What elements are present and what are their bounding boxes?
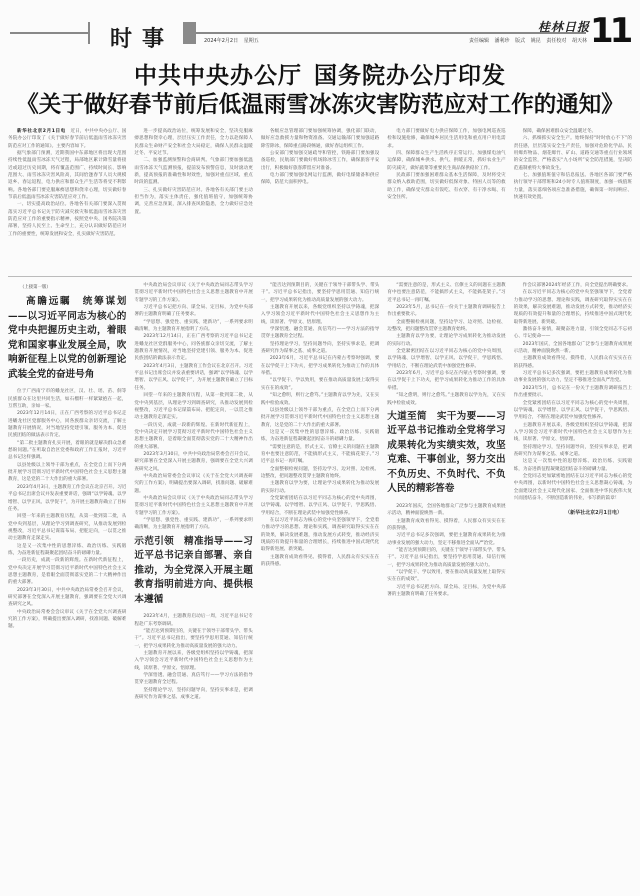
paragraph: “知之愈明，则行之愈笃。”主题教育以学为先，又在实践中检验成效。: [387, 392, 505, 407]
section-title: 时事: [110, 22, 174, 53]
paragraph: 2023年12月14日，正在广西考察的习近平总书记走进蟠龙社区党群服务中心，同各…: [8, 410, 126, 439]
paragraph: 习近平总书记把方向、谋全局、定目标，为党中央部署的主题教育明确了任务要求。: [387, 584, 505, 599]
paragraph: 以县处级以上领导干部为重点，在全党自上而下分两批开展学习贯彻习近平新时代中国特色…: [8, 462, 126, 484]
paragraph: 2023年3月30日，中共中央政治局常委会召开会议，研究部署在全党深入开展主题教…: [8, 587, 126, 609]
paragraph: 学深悟透、融会贯通、真信笃行——学习方法的指导贯穿主题教育全过程。: [261, 326, 379, 341]
article-column: 进一步提高政治站位，统筹发展和安全，坚决克服麻痹思想和侥幸心理，层层压实工作责任…: [134, 128, 252, 274]
paragraph: 电力部门要加强电网运行监测，做好电煤储备和供应保障，防范大面积停电。: [261, 172, 379, 187]
paragraph: “知之愈明，则行之愈笃。”主题教育以学为先，又在实践中检验成效。: [261, 392, 379, 407]
paragraph: 一段历史，成就一段新的辉煌。在新时代新征程上，党中央决定开展学习贯彻习近平新时代…: [134, 422, 252, 451]
paragraph: 以县处级以上领导干部为重点，在全党自上而下分两批开展学习贯彻习近平新时代中国特色…: [261, 407, 379, 429]
paragraph: 主题教育成效看得见、摸得着，人民群众有实实在在的获得感。: [387, 518, 505, 533]
paragraph: 中央政治局会议审议《关于中央政治局同志带头学习贯彻习近平新时代中国特色社会主义思…: [134, 495, 252, 517]
paragraph: 主题教育开展以来，各级党组织坚持以学铸魂，把深入学习领会习近平新时代中国特色社会…: [514, 422, 632, 444]
article-signoff: （新华社北京2月1日电）: [514, 510, 632, 517]
headline-line-1: 中共中央办公厅国务院办公厅印发: [0, 62, 640, 90]
paragraph: 2023年3月30日，中共中央政治局常委会召开会议，研究部署在全党深入开展主题教…: [134, 451, 252, 473]
paragraph: 主题教育开展以来，各级党组织坚持以学铸魂，把深入学习领会习近平新时代中国特色社会…: [134, 650, 252, 672]
paragraph: 学深悟透、融会贯通、真信笃行——学习方法的指导贯穿主题教育全过程。: [134, 672, 252, 687]
section-divider: [8, 276, 632, 277]
paragraph: 这是又一次集中性的思想淬炼、政治历练、实践锻炼，为奋进新征程凝聚起团结奋斗的磅礴…: [514, 458, 632, 473]
credit-name: 姚昆: [531, 38, 541, 44]
paragraph: 激扬奋斗豪情，凝聚奋进力量，引领全党同志不忘初心、牢记使命——: [514, 326, 632, 341]
article-column: 各级应急管理部门要加强统筹协调，强化部门联动，做好应急救援力量和物资准备。交通运…: [261, 128, 379, 274]
paragraph: 据气象部门预测，近期我国中东部地区将出现大范围持续性低温雨雪冰冻天气过程，局部地…: [8, 150, 126, 201]
paragraph: 回望一年来的主题教育历程，从第一批到第二批，从党中央到基层，从理论学习到调查研究…: [8, 513, 126, 542]
dateline: 新华社北京2月1日电: [17, 129, 66, 134]
paragraph: 各级应急管理部门要加强统筹协调，强化部门联动，做好应急救援力量和物资准备。交通运…: [261, 128, 379, 150]
paragraph: 习近平总书记把方向、谋全局、定目标，为党中央部署的主题教育明确了任务要求。: [134, 304, 252, 319]
paragraph: “以学促干、学以致用，要在推动高质量发展上取得实实在在的成效”。: [387, 569, 505, 584]
headline-issuer-2: 国务院办公厅印发: [314, 63, 506, 89]
paragraph: 全面整顿检视问题，坚持边学习、边对照、边检视、边整改，把问题整改贯穿主题教育始终…: [387, 319, 505, 334]
credit-name: 胡天林: [572, 38, 587, 44]
paragraph: 全面整顿检视问题，坚持边学习、边对照、边检视、边整改，把问题整改贯穿主题教育始终…: [261, 466, 379, 481]
paragraph: “能否达到预期目的，关键在于领导干部带头学、带头干”。习近平总书记指出，要坚持学…: [261, 282, 379, 304]
article-column: 新华社北京2月1日电 近日，中共中央办公厅、国务院办公厅印发了《关于做好春节前后…: [8, 128, 126, 274]
paragraph: 2023年12月14日，正在广西考察的习近平总书记走进蟠龙社区党群服务中心，同各…: [134, 333, 252, 362]
paragraph: 全党紧密团结在以习近平同志为核心的党中央周围，以学铸魂、以学增智、以学正风、以学…: [261, 495, 379, 517]
credit-name: 潘利珍: [495, 38, 510, 44]
masthead-gray-block: [183, 22, 196, 44]
continued-note: （上接第一版）: [20, 284, 126, 291]
paragraph: 2023年4月3日，主题教育工作会议在北京召开。习近平总书记出席会议并发表重要讲…: [8, 484, 126, 513]
article-column: “需要注意的是，形式主义、官僚主义的问题在主题教育中也要注意防范，不能搞形式主义…: [387, 282, 505, 890]
paragraph: 一、切实提高政治站位。各地各有关部门要深入贯彻落实习近平总书记关于防灾减灾救灾和…: [8, 201, 126, 238]
paragraph: 主题教育以学为要，让理论学习成果转化为推动发展的实际行动。: [387, 333, 505, 348]
sub-headline: 大道至简 实干为要——习近平总书记推动全党将学习成果转化为实绩实效，攻坚克难、干…: [387, 410, 505, 497]
sub-headline: 示范引领 精准指导——习近平总书记亲自部署、亲自推动，为全党深入开展主题教育指明…: [134, 535, 252, 608]
paragraph: 2023年5月，总书记在一份关于主题教育调研报告上作出重要批示。: [387, 304, 505, 319]
paragraph: “以学促干、学以致用，要在推动高质量发展上取得实实在在的成效”。: [261, 377, 379, 392]
paragraph: 习近平总书记多次强调，要把主题教育成果转化为推动事业发展的强大动力，坚定不移推进…: [514, 370, 632, 385]
paragraph: 作会议部署2024年经济工作，向全党提出明确要求。: [514, 282, 632, 289]
paragraph: 一段历史，成就一段新的辉煌。在新时代新征程上，党中央决定开展学习贯彻习近平新时代…: [8, 557, 126, 586]
paragraph: 在以习近平同志为核心的党中央坚强领导下，全党着力推动学习的思想、理论和实践，调查…: [514, 289, 632, 326]
paragraph: 中央政治局常委会会议审议《关于在全党大兴调查研究的工作方案》，明确提出要深入调研…: [8, 609, 126, 631]
paragraph: 保障，确保困难群众安全温暖过冬。: [514, 128, 632, 135]
page-number: 11: [590, 14, 629, 48]
issue-date: 2024年2月2日 星期五: [204, 37, 263, 44]
masthead-rule: [196, 32, 586, 34]
paragraph: 全党紧密团结在以习近平同志为核心的党中央周围，以学铸魂、以学增智、以学正风、以学…: [387, 348, 505, 370]
paragraph: 2023年4月，主题教育启动后一周，习近平总书记专程赴广东考察调研。: [134, 613, 252, 628]
paragraph: 主题教育以学为要，让理论学习成果转化为推动发展的实际行动。: [261, 480, 379, 495]
article-column: 保障，确保困难群众安全温暖过冬。 六、抓细抓实安全生产。始终保持“时时放心不下”…: [514, 128, 632, 274]
paragraph: 2023年6月，习近平总书记在内蒙古考察时强调，要在以学促干上下功夫，把学习成果…: [387, 370, 505, 392]
credit-label: 责任编辑: [469, 38, 489, 44]
top-article: 新华社北京2月1日电 近日，中共中央办公厅、国务院办公厅印发了《关于做好春节前后…: [8, 128, 632, 274]
date-text: 2024年2月2日: [204, 38, 238, 44]
paragraph: “第二批主题教育扎实开展，着眼的就是解决群众急难愁盼问题。”在听取自治区党委和政…: [8, 440, 126, 462]
paragraph: 这是又一次集中性的思想淬炼、政治历练、实践锻炼，为奋进新征程凝聚起团结奋斗的磅礴…: [8, 543, 126, 558]
paragraph: 全党同志更加紧密地团结在以习近平同志为核心的党中央周围，以新时代中国特色社会主义…: [514, 473, 632, 502]
article-column: 中央政治局会议审议《关于中央政治局同志带头学习贯彻习近平新时代中国特色社会主义思…: [134, 282, 252, 890]
paragraph: 主题教育成效看得见、摸得着，人民群众有实实在在的获得感。: [514, 355, 632, 370]
paragraph: “能否达到预期目的，关键在于领导干部带头学、带头干”。习近平总书记指出，要坚持学…: [134, 628, 252, 650]
bottom-article: （上接第一版） 高瞻远瞩 统筹谋划——以习近平同志为核心的党中央把握历史主动，着…: [8, 282, 632, 890]
article-column: 电力部门要做好电力供应保障工作，加强电网巡查巡检和设施抢修，确保城乡居民生活用电…: [387, 128, 505, 274]
paragraph: 2023年4月3日，主题教育工作会议在北京召开。习近平总书记出席会议并发表重要讲…: [134, 363, 252, 392]
page-masthead: 时事 2024年2月2日 星期五 桂林日报 责任编辑 潘利珍 版式 姚昆 责任校…: [0, 0, 640, 56]
paragraph: 在以习近平同志为核心的党中央坚强领导下，全党着力推动学习的思想、理论和实践，调查…: [261, 517, 379, 554]
sub-headline: 高瞻远瞩 统筹谋划——以习近平同志为核心的党中央把握历史主动，着眼党和国家事业发…: [8, 295, 126, 382]
paragraph: “学思想、强党性、重实践、建新功”，一系列要求明确清晰，为主题教育开展指明了方向…: [134, 517, 252, 532]
paragraph: 民政部门要加强困难群众基本生活保障，及时将受灾群众纳入救助范围，切实做好低保对象…: [387, 172, 505, 201]
paragraph: “需要注意的是，形式主义、官僚主义的问题在主题教育中也要注意防范，不能搞形式主义…: [261, 444, 379, 466]
paragraph: 2023年国庆，全国各地群众广泛参与主题教育成果展示活动，精神面貌焕然一新。: [514, 341, 632, 356]
main-headline: 中共中央办公厅国务院办公厅印发 《关于做好春节前后低温雨雪冰冻灾害防范应对工作的…: [0, 62, 640, 120]
masthead-rule-left: [10, 32, 88, 34]
paragraph: 2023年国庆，全国各地群众广泛参与主题教育成果展示活动，精神面貌焕然一新。: [387, 503, 505, 518]
article-column: “能否达到预期目的，关键在于领导干部带头学、带头干”。习近平总书记指出，要坚持学…: [261, 282, 379, 890]
paragraph: 2023年6月，习近平总书记在内蒙古考察时强调，要在以学促干上下功夫，把学习成果…: [261, 355, 379, 377]
paragraph: 主题教育成效看得见、摸得着，人民群众有实实在在的获得感。: [261, 554, 379, 569]
paragraph: 回望一年来的主题教育历程，从第一批到第二批，从党中央到基层，从理论学习到调查研究…: [134, 392, 252, 421]
paragraph: 三、扎实做好灾害防范应对。各地各有关部门要主动担当作为，落实主体责任，强化值班值…: [134, 187, 252, 216]
paragraph: 位于广西南宁市的蟠龙社区，汉、壮、瑶、苗、侗等民族群众在这里共同生活，如石榴籽一…: [8, 388, 126, 410]
paragraph: 中央政治局常委会会议审议《关于在全党大兴调查研究的工作方案》，明确提出要深入调研…: [134, 473, 252, 495]
headline-line-2: 《关于做好春节前后低温雨雪冰冻灾害防范应对工作的通知》: [0, 90, 640, 120]
paragraph: 这是又一次集中性的思想淬炼、政治历练、实践锻炼，为奋进新征程凝聚起团结奋斗的磅礴…: [261, 429, 379, 444]
paragraph: 坚持理论学习，坚持问题导向，坚持实事求是，把调查研究作为谋事之基、成事之道。: [134, 687, 252, 702]
paragraph: 习近平总书记多次强调，要把主题教育成果转化为推动事业发展的强大动力，坚定不移推进…: [387, 532, 505, 547]
paragraph: “学思想、强党性、重实践、建新功”，一系列要求明确清晰，为主题教育开展指明了方向…: [134, 319, 252, 334]
credit-label: 版式: [515, 38, 525, 44]
masthead-tick: [88, 22, 90, 44]
paragraph: 进一步提高政治站位，统筹发展和安全，坚决克服麻痹思想和侥幸心理，层层压实工作责任…: [134, 128, 252, 157]
article-column: 作会议部署2024年经济工作，向全党提出明确要求。 在以习近平同志为核心的党中央…: [514, 282, 632, 890]
paragraph: 2023年5月，总书记在一份关于主题教育调研报告上作出重要批示。: [514, 385, 632, 400]
weekday-text: 星期五: [244, 38, 259, 44]
paragraph: 七、加强值班值守和信息报送。各地区各部门要严格执行领导干部带班和24小时专人值班…: [514, 172, 632, 201]
editor-credits: 责任编辑 潘利珍 版式 姚昆 责任校对 胡天林: [465, 37, 587, 44]
paragraph: 二、加强监测预警和会商研判。气象部门要加强低温雨雪冰冻天气监测预报，提前发布预警…: [134, 157, 252, 186]
paragraph: 坚持理论学习，坚持问题导向，坚持实事求是，把调查研究作为谋事之基、成事之道。: [261, 341, 379, 356]
paragraph: “能否达到预期目的，关键在于领导干部带头学、带头干”。习近平总书记指出，要坚持学…: [387, 547, 505, 569]
paragraph: 四、保障群众生产生活秩序正常运行。加强煤电油气运保障，确保城乡供水、供气、供暖正…: [387, 150, 505, 172]
headline-issuer-1: 中共中央办公厅: [134, 63, 302, 89]
paragraph: 坚持理论学习，坚持问题导向，坚持实事求是，把调查研究作为谋事之基、成事之道。: [514, 444, 632, 459]
newspaper-logo: 桂林日报: [538, 18, 590, 35]
paragraph: 主题教育开展以来，各级党组织坚持以学铸魂，把深入学习领会习近平新时代中国特色社会…: [261, 304, 379, 326]
article-column: （上接第一版） 高瞻远瞩 统筹谋划——以习近平同志为核心的党中央把握历史主动，着…: [8, 282, 126, 890]
paragraph: “需要注意的是，形式主义、官僚主义的问题在主题教育中也要注意防范，不能搞形式主义…: [387, 282, 505, 304]
paragraph: 新华社北京2月1日电 近日，中共中央办公厅、国务院办公厅印发了《关于做好春节前后…: [8, 128, 126, 150]
paragraph: 中央政治局会议审议《关于中央政治局同志带头学习贯彻习近平新时代中国特色社会主义思…: [134, 282, 252, 304]
credit-label: 责任校对: [546, 38, 566, 44]
paragraph: 全党紧密团结在以习近平同志为核心的党中央周围，以学铸魂、以学增智、以学正风、以学…: [514, 400, 632, 422]
paragraph: 公安部门要加强交通疏导和管控，铁路部门要加强设备巡检，民航部门要做好机场除冰雪工…: [261, 150, 379, 172]
paragraph: 电力部门要做好电力供应保障工作，加强电网巡查巡检和设施抢修，确保城乡居民生活用电…: [387, 128, 505, 150]
paragraph: 六、抓细抓实安全生产。始终保持“时时放心不下”的责任感，层层落实安全生产责任，加…: [514, 135, 632, 172]
